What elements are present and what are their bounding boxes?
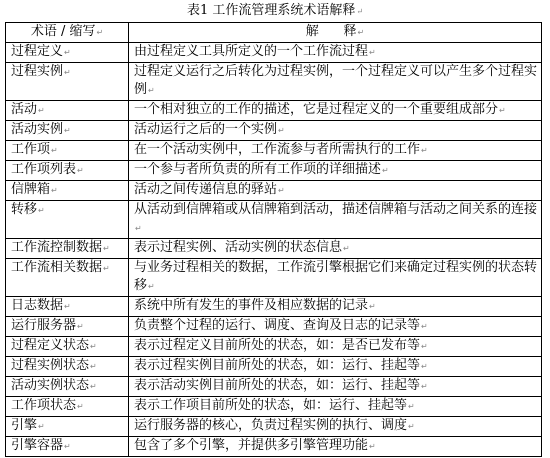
table-row: 转移↵从活动到信牌箱或从信牌箱到活动，描述信牌箱与活动之间关系的连接↵ [6, 201, 542, 239]
table-row: 日志数据↵系统中所有发生的事件及相应数据的记录↵ [6, 297, 542, 317]
paragraph-mark-icon: ↵ [421, 146, 428, 155]
table-row: 工作项状态↵表示工作项目前所处的状态，如：运行、挂起等↵ [6, 397, 542, 417]
paragraph-mark-icon: ↵ [421, 362, 428, 371]
paragraph-mark-icon: ↵ [421, 342, 428, 351]
explanation-text: 从活动到信牌箱或从信牌箱到活动，描述信牌箱与活动之间关系的连接 [134, 202, 537, 217]
table-row: 信牌箱↵活动之间传递信息的驿站↵ [6, 181, 542, 201]
caption-text: 表1 工作流管理系统术语解释 [187, 3, 355, 18]
cell-explanation: 表示活动实例目前所处的状态，如：运行、挂起等↵ [129, 377, 542, 397]
table-row: 过程实例↵过程定义运行之后转化为过程实例，一个过程定义可以产生多个过程实例↵ [6, 63, 542, 101]
cell-term: 活动↵ [6, 101, 129, 121]
paragraph-mark-icon: ↵ [421, 322, 428, 331]
table-row: 活动实例↵活动运行之后的一个实例↵ [6, 121, 542, 141]
cell-term: 工作流相关数据↵ [6, 259, 129, 297]
paragraph-mark-icon: ↵ [38, 422, 45, 431]
paragraph-mark-icon: ↵ [358, 28, 365, 37]
cell-term: 转移↵ [6, 201, 129, 239]
explanation-text: 在一个活动实例中，工作流参与者所需执行的工作 [134, 142, 420, 157]
cell-explanation: 包含了多个引擎，并提供多引擎管理功能↵ [129, 437, 542, 457]
header-term: 术语 / 缩写↵ [6, 23, 129, 43]
table-row: 运行服务器↵负责整个过程的运行、调度、查询及日志的记录等↵ [6, 317, 542, 337]
term-text: 活动实例 [11, 122, 63, 137]
cell-explanation: 系统中所有发生的事件及相应数据的记录↵ [129, 297, 542, 317]
header-explanation-label: 解 释 [306, 24, 357, 39]
paragraph-mark-icon: ↵ [382, 166, 389, 175]
explanation-text: 运行服务器的核心，负责过程实例的执行、调度 [134, 418, 407, 433]
cell-explanation: 活动运行之后的一个实例↵ [129, 121, 542, 141]
cell-term: 引擎容器↵ [6, 437, 129, 457]
explanation-text: 与业务过程相关的数据，工作流引擎根据它们来确定过程实例的状态转移 [134, 260, 537, 293]
paragraph-mark-icon: ↵ [421, 382, 428, 391]
paragraph-mark-icon: ↵ [38, 106, 45, 115]
explanation-text: 过程定义运行之后转化为过程实例，一个过程定义可以产生多个过程实例 [134, 64, 537, 97]
paragraph-mark-icon: ↵ [369, 48, 376, 57]
paragraph-mark-icon: ↵ [135, 224, 142, 233]
cell-explanation: 表示过程实例目前所处的状态，如：运行、挂起等↵ [129, 357, 542, 377]
paragraph-mark-icon: ↵ [148, 282, 155, 291]
explanation-text: 表示工作项目前所处的状态，如：运行、挂起等 [134, 398, 407, 413]
cell-term: 运行服务器↵ [6, 317, 129, 337]
paragraph-mark-icon: ↵ [96, 28, 103, 37]
cell-term: 过程定义↵ [6, 43, 129, 63]
term-text: 工作项列表 [11, 162, 76, 177]
term-text: 日志数据 [11, 298, 63, 313]
table-row: 活动↵一个相对独立的工作的描述，它是过程定义的一个重要组成部分↵ [6, 101, 542, 121]
explanation-text: 负责整个过程的运行、调度、查询及日志的记录等 [134, 318, 420, 333]
cell-term: 工作项列表↵ [6, 161, 129, 181]
cell-explanation: 活动之间传递信息的驿站↵ [129, 181, 542, 201]
table-row: 过程定义状态↵表示过程定义目前所处的状态，如：是否已发布等↵ [6, 337, 542, 357]
paragraph-mark-icon: ↵ [64, 48, 71, 57]
cell-term: 工作项↵ [6, 141, 129, 161]
cell-term: 活动实例↵ [6, 121, 129, 141]
paragraph-mark-icon: ↵ [90, 342, 97, 351]
paragraph-mark-icon: ↵ [38, 206, 45, 215]
header-explanation: 解 释↵ [129, 23, 542, 43]
term-text: 信牌箱 [11, 182, 50, 197]
paragraph-mark-icon: ↵ [64, 442, 71, 451]
paragraph-mark-icon: ↵ [148, 86, 155, 95]
table-row: 工作项列表↵一个参与者所负责的所有工作项的详细描述↵ [6, 161, 542, 181]
cell-explanation: 过程定义运行之后转化为过程实例，一个过程定义可以产生多个过程实例↵ [129, 63, 542, 101]
paragraph-mark-icon: ↵ [51, 146, 58, 155]
paragraph-mark-icon: ↵ [369, 442, 376, 451]
cell-explanation: 一个相对独立的工作的描述，它是过程定义的一个重要组成部分↵ [129, 101, 542, 121]
table-row: 过程定义↵由过程定义工具所定义的一个工作流过程↵ [6, 43, 542, 63]
explanation-text: 表示过程定义目前所处的状态，如：是否已发布等 [134, 338, 420, 353]
cell-explanation: 负责整个过程的运行、调度、查询及日志的记录等↵ [129, 317, 542, 337]
table-row: 引擎容器↵包含了多个引擎，并提供多引擎管理功能↵ [6, 437, 542, 457]
table-row: 活动实例状态↵表示活动实例目前所处的状态，如：运行、挂起等↵ [6, 377, 542, 397]
cell-explanation: 与业务过程相关的数据，工作流引擎根据它们来确定过程实例的状态转移↵ [129, 259, 542, 297]
cell-explanation: 由过程定义工具所定义的一个工作流过程↵ [129, 43, 542, 63]
cell-term: 引擎↵ [6, 417, 129, 437]
term-text: 转移 [11, 202, 37, 217]
paragraph-mark-icon: ↵ [64, 68, 71, 77]
paragraph-mark-icon: ↵ [103, 244, 110, 253]
explanation-text: 包含了多个引擎，并提供多引擎管理功能 [134, 438, 368, 453]
cell-term: 工作流控制数据↵ [6, 239, 129, 259]
term-text: 过程实例 [11, 64, 63, 79]
explanation-text: 系统中所有发生的事件及相应数据的记录 [134, 298, 368, 313]
table-row: 工作项↵在一个活动实例中，工作流参与者所需执行的工作↵ [6, 141, 542, 161]
header-term-label: 术语 / 缩写 [31, 24, 96, 39]
term-text: 引擎容器 [11, 438, 63, 453]
explanation-text: 表示过程实例目前所处的状态，如：运行、挂起等 [134, 358, 420, 373]
table-row: 引擎↵运行服务器的核心，负责过程实例的执行、调度↵ [6, 417, 542, 437]
paragraph-mark-icon: ↵ [278, 126, 285, 135]
paragraph-mark-icon: ↵ [343, 244, 350, 253]
term-text: 引擎 [11, 418, 37, 433]
term-text: 工作流控制数据 [11, 240, 102, 255]
explanation-text: 表示过程实例、活动实例的状态信息 [134, 240, 342, 255]
term-text: 活动实例状态 [11, 378, 89, 393]
table-row: 工作流相关数据↵与业务过程相关的数据，工作流引擎根据它们来确定过程实例的状态转移… [6, 259, 542, 297]
table-row: 过程实例状态↵表示过程实例目前所处的状态，如：运行、挂起等↵ [6, 357, 542, 377]
paragraph-mark-icon: ↵ [103, 264, 110, 273]
cell-explanation: 运行服务器的核心，负责过程实例的执行、调度↵ [129, 417, 542, 437]
table-row: 工作流控制数据↵表示过程实例、活动实例的状态信息↵ [6, 239, 542, 259]
cell-term: 日志数据↵ [6, 297, 129, 317]
cell-term: 信牌箱↵ [6, 181, 129, 201]
cell-explanation: 从活动到信牌箱或从信牌箱到活动，描述信牌箱与活动之间关系的连接↵ [129, 201, 542, 239]
cell-explanation: 在一个活动实例中，工作流参与者所需执行的工作↵ [129, 141, 542, 161]
cell-term: 工作项状态↵ [6, 397, 129, 417]
explanation-text: 活动之间传递信息的驿站 [134, 182, 277, 197]
term-text: 活动 [11, 102, 37, 117]
term-text: 工作流相关数据 [11, 260, 102, 275]
term-text: 运行服务器 [11, 318, 76, 333]
cell-explanation: 一个参与者所负责的所有工作项的详细描述↵ [129, 161, 542, 181]
paragraph-mark-icon: ↵ [499, 106, 506, 115]
cell-explanation: 表示过程实例、活动实例的状态信息↵ [129, 239, 542, 259]
explanation-text: 活动运行之后的一个实例 [134, 122, 277, 137]
paragraph-mark-icon: ↵ [64, 302, 71, 311]
term-text: 过程实例状态 [11, 358, 89, 373]
cell-term: 过程实例状态↵ [6, 357, 129, 377]
paragraph-mark-icon: ↵ [77, 322, 84, 331]
explanation-text: 一个参与者所负责的所有工作项的详细描述 [134, 162, 381, 177]
cell-term: 过程定义状态↵ [6, 337, 129, 357]
term-text: 过程定义状态 [11, 338, 89, 353]
explanation-text: 一个相对独立的工作的描述，它是过程定义的一个重要组成部分 [134, 102, 498, 117]
paragraph-mark-icon: ↵ [356, 7, 363, 16]
term-text: 过程定义 [11, 44, 63, 59]
table-header-row: 术语 / 缩写↵ 解 释↵ [6, 23, 542, 43]
paragraph-mark-icon: ↵ [90, 362, 97, 371]
paragraph-mark-icon: ↵ [51, 186, 58, 195]
explanation-text: 由过程定义工具所定义的一个工作流过程 [134, 44, 368, 59]
terminology-table: 术语 / 缩写↵ 解 释↵ 过程定义↵由过程定义工具所定义的一个工作流过程↵过程… [5, 22, 542, 457]
cell-term: 活动实例状态↵ [6, 377, 129, 397]
paragraph-mark-icon: ↵ [408, 422, 415, 431]
paragraph-mark-icon: ↵ [64, 126, 71, 135]
paragraph-mark-icon: ↵ [77, 402, 84, 411]
cell-term: 过程实例↵ [6, 63, 129, 101]
paragraph-mark-icon: ↵ [408, 402, 415, 411]
cell-explanation: 表示工作项目前所处的状态，如：运行、挂起等↵ [129, 397, 542, 417]
paragraph-mark-icon: ↵ [278, 186, 285, 195]
table-caption: 表1 工作流管理系统术语解释↵ [0, 2, 550, 20]
term-text: 工作项状态 [11, 398, 76, 413]
paragraph-mark-icon: ↵ [77, 166, 84, 175]
term-text: 工作项 [11, 142, 50, 157]
paragraph-mark-icon: ↵ [369, 302, 376, 311]
cell-explanation: 表示过程定义目前所处的状态，如：是否已发布等↵ [129, 337, 542, 357]
explanation-text: 表示活动实例目前所处的状态，如：运行、挂起等 [134, 378, 420, 393]
paragraph-mark-icon: ↵ [90, 382, 97, 391]
